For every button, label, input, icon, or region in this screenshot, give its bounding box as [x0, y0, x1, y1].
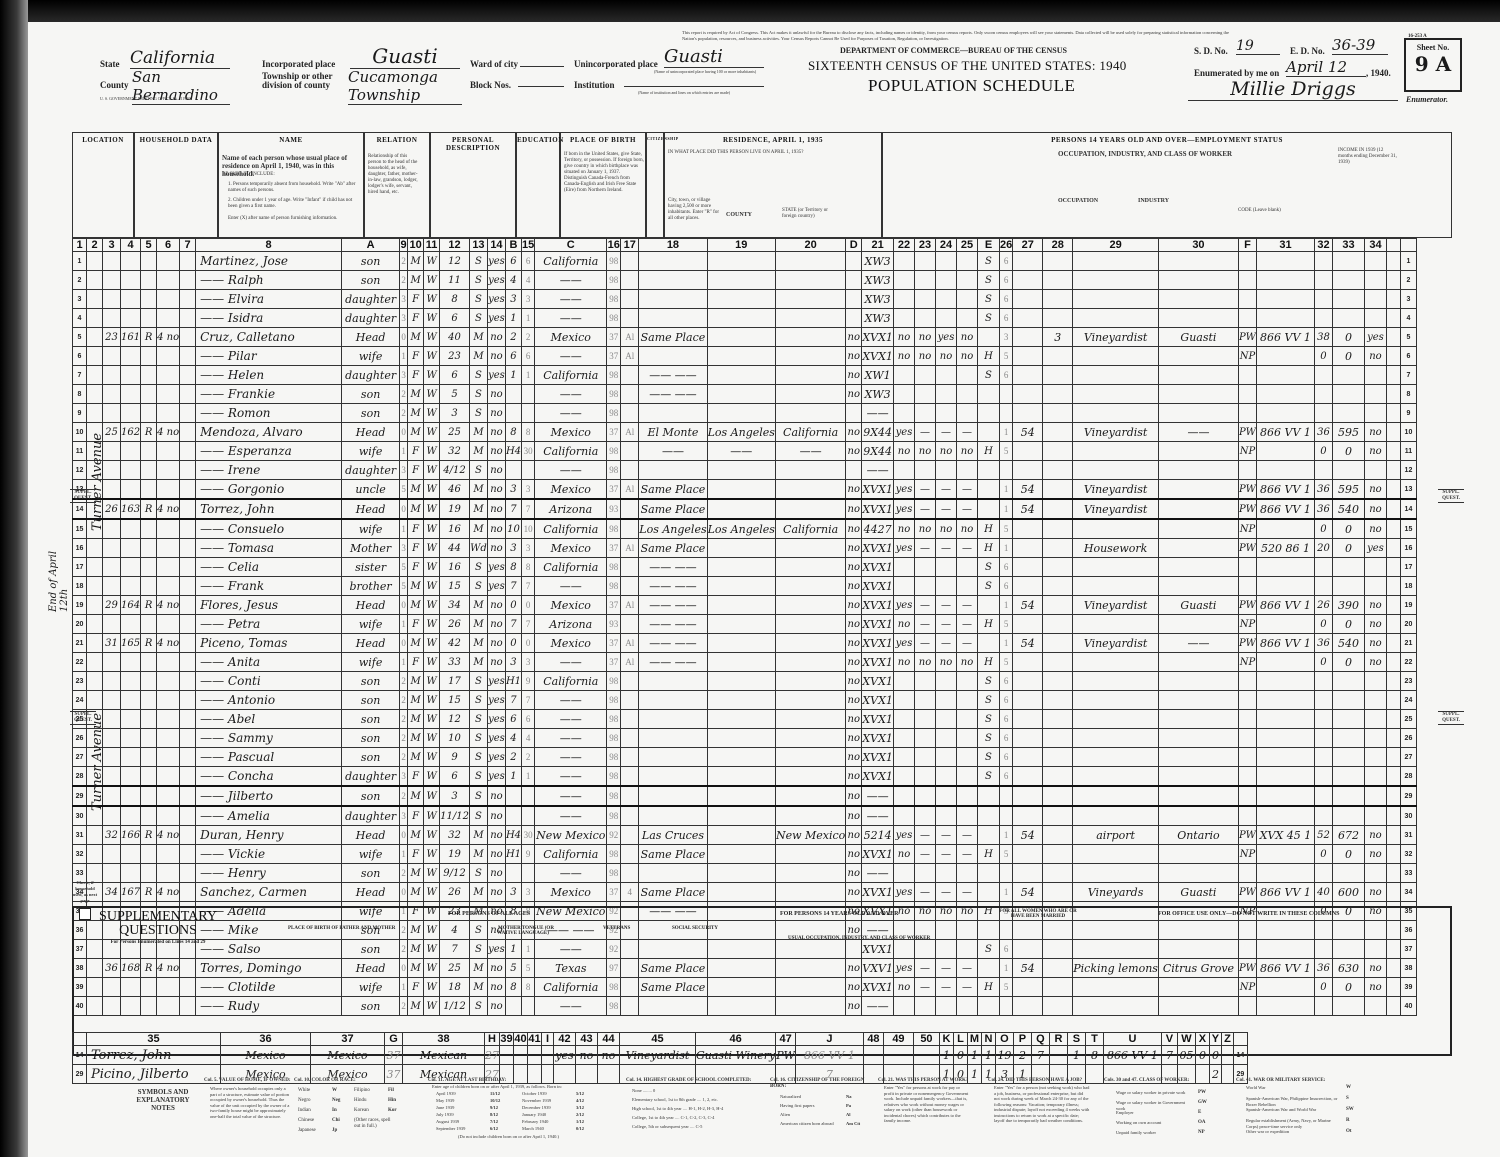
- code-d-cell: XVX1: [862, 558, 894, 577]
- age-cell: 23: [440, 347, 470, 366]
- race-cell: W: [424, 672, 440, 691]
- home-value-cell: 4 no: [157, 883, 180, 902]
- farm-1935-cell: no: [846, 845, 862, 864]
- code-f-cell: [1256, 710, 1314, 729]
- weeks-unemployed-cell: [1043, 290, 1073, 309]
- code-c-cell: 98: [607, 786, 621, 806]
- code-d-cell: XVX1: [862, 767, 894, 787]
- res-state-cell: [775, 864, 845, 883]
- marital-cell: S: [469, 864, 487, 883]
- at-work-cell: yes: [893, 826, 914, 845]
- citizenship-cell: Al: [621, 596, 639, 615]
- weeks-worked-cell: [1314, 806, 1332, 826]
- grade-cell: 6: [505, 347, 521, 366]
- public-work-cell: [914, 806, 935, 826]
- household-number-cell: [121, 539, 141, 558]
- home-value-cell: 4 no: [157, 328, 180, 347]
- sex-cell: M: [408, 634, 424, 653]
- income-cell: [1332, 729, 1364, 748]
- owned-rented-cell: [141, 577, 157, 596]
- street-cell: [87, 596, 103, 615]
- farm-cell: [180, 691, 196, 710]
- column-group-title: RESIDENCE, APRIL 1, 1935: [665, 133, 881, 144]
- confidentiality-notice: This report is required by Act of Congre…: [682, 30, 1242, 42]
- other-income-cell: [1364, 461, 1386, 480]
- owned-rented-cell: [141, 653, 157, 672]
- column-group-title: PERSONAL DESCRIPTION: [431, 133, 515, 152]
- activity-cell: [977, 423, 999, 442]
- marital-cell: M: [469, 883, 487, 902]
- code-b-cell: 6: [522, 252, 535, 271]
- age-fraction: 5/12: [576, 1091, 596, 1097]
- house-number-cell: [103, 615, 121, 634]
- activity-cell: S: [977, 710, 999, 729]
- home-value-cell: [157, 615, 180, 634]
- res-state-cell: [775, 252, 845, 271]
- line-number-right: 25: [1400, 710, 1416, 729]
- income-cell: [1332, 864, 1364, 883]
- age-cell: 16: [440, 558, 470, 577]
- grade-cell: 3: [505, 883, 521, 902]
- industry-cell: Guasti: [1158, 328, 1238, 347]
- code-c-cell: 98: [607, 290, 621, 309]
- code-c-cell: 98: [607, 252, 621, 271]
- supp-column-number: O: [995, 1033, 1013, 1046]
- supp-column-number: 50: [913, 1033, 939, 1046]
- supp-usual_occ-cell: Vineyardist: [620, 1046, 696, 1065]
- line-number-right: 34: [1400, 883, 1416, 902]
- res-state-cell: [775, 653, 845, 672]
- other-income-cell: no: [1364, 634, 1386, 653]
- farm-1935-cell: no: [846, 385, 862, 404]
- race-cell: W: [424, 729, 440, 748]
- class-of-worker-cell: [1238, 672, 1256, 691]
- code-c-cell: 98: [607, 461, 621, 480]
- supp-father-cell: Mexico: [221, 1046, 311, 1065]
- home-value-cell: [157, 290, 180, 309]
- activity-cell: [977, 461, 999, 480]
- code-a-cell: 1: [400, 615, 408, 634]
- seeking-work-cell: no: [935, 347, 956, 366]
- seeking-work-cell: —: [935, 845, 956, 864]
- enumeration-year: , 1940.: [1366, 68, 1391, 78]
- column-number: 31: [1256, 239, 1314, 252]
- grade-code: College, 5th or subsequent year .... C-5: [632, 1124, 762, 1130]
- weeks-unemployed-cell: [1043, 806, 1073, 826]
- owned-rented-cell: [141, 672, 157, 691]
- age-cell: 32: [440, 826, 470, 845]
- weeks-worked-cell: [1314, 710, 1332, 729]
- school-cell: no: [487, 883, 505, 902]
- code-c-cell: 98: [607, 845, 621, 864]
- code-d-cell: XVX1: [862, 499, 894, 519]
- column-number: 25: [956, 239, 977, 252]
- census-row: 26—— Sammyson2MW10Syes44——98noXVX1S626: [73, 729, 1417, 748]
- other-income-cell: [1364, 672, 1386, 691]
- res-city-cell: —— ——: [639, 634, 707, 653]
- birthplace-cell: ——: [535, 806, 607, 826]
- house-number-cell: [103, 271, 121, 290]
- age-month: January 1940: [522, 1112, 572, 1118]
- line-number: 21: [73, 634, 87, 653]
- line-number-right: 7: [1400, 366, 1416, 385]
- had-job-cell: [956, 577, 977, 596]
- citizenship-cell: [621, 366, 639, 385]
- res-county-cell: [707, 366, 775, 385]
- grade-cell: 7: [505, 691, 521, 710]
- income-cell: [1332, 710, 1364, 729]
- line-number: 11: [73, 442, 87, 461]
- citizenship-cell: [621, 845, 639, 864]
- age-cell: 15: [440, 577, 470, 596]
- res-county-cell: [707, 328, 775, 347]
- res-county-cell: [707, 653, 775, 672]
- name-cell: Cruz, Calletano: [196, 328, 342, 347]
- age-cell: 11: [440, 271, 470, 290]
- marital-cell: M: [469, 826, 487, 845]
- relation-cell: daughter: [342, 767, 400, 787]
- supp-c44-cell: [598, 1065, 620, 1084]
- race-cell: W: [424, 767, 440, 787]
- supp-column-number: J: [795, 1033, 863, 1046]
- code-c-cell: 98: [607, 806, 621, 826]
- seeking-work-cell: no: [935, 519, 956, 539]
- code-e-cell: 6: [999, 767, 1012, 787]
- res-city-cell: [639, 252, 707, 271]
- house-number-cell: 34: [103, 883, 121, 902]
- race-cell: W: [424, 404, 440, 423]
- res-city-cell: —— ——: [639, 558, 707, 577]
- code-e-cell: 5: [999, 519, 1012, 539]
- line-number: 12: [73, 461, 87, 480]
- column-number: 15: [522, 239, 535, 252]
- school-cell: no: [487, 423, 505, 442]
- activity-cell: [977, 806, 999, 826]
- school-cell: no: [487, 806, 505, 826]
- census-row: 523161R4 noCruz, CalletanoHead0MW40Mno22…: [73, 328, 1417, 347]
- hours-cell: [1013, 385, 1043, 404]
- col30-title: Cols. 30 and 47. CLASS OF WORKER:: [1104, 1078, 1224, 1084]
- farm-schedule-cell: [1386, 328, 1400, 347]
- supp-usual_class-cell: PW: [776, 1046, 796, 1065]
- weeks-worked-cell: [1314, 461, 1332, 480]
- marital-cell: S: [469, 558, 487, 577]
- name-cell: —— Sammy: [196, 729, 342, 748]
- unincorporated-value: Guasti: [664, 46, 764, 68]
- income-cell: [1332, 767, 1364, 787]
- household-number-cell: [121, 845, 141, 864]
- race-cell: W: [424, 615, 440, 634]
- public-work-cell: [914, 710, 935, 729]
- public-work-cell: [914, 767, 935, 787]
- weeks-unemployed-cell: [1043, 710, 1073, 729]
- res-state-header: STATE (or Territory or foreign country): [782, 208, 834, 220]
- column-group-header: LOCATION: [72, 132, 134, 238]
- race-code: Chi: [332, 1118, 346, 1124]
- public-work-cell: [914, 366, 935, 385]
- occupation-cell: [1073, 672, 1159, 691]
- parents-birth-header: PLACE OF BIRTH OF FATHER AND MOTHER: [288, 926, 468, 931]
- include-infants: 2. Children under 1 year of age. Write "…: [228, 198, 358, 210]
- home-value-cell: [157, 252, 180, 271]
- occupation-cell: [1073, 366, 1159, 385]
- had-job-cell: —: [956, 480, 977, 500]
- public-work-cell: [914, 290, 935, 309]
- line-number-right: 29: [1400, 786, 1416, 806]
- farm-schedule-cell: [1386, 252, 1400, 271]
- farm-cell: [180, 366, 196, 385]
- column-number: 9: [400, 239, 408, 252]
- relation-cell: wife: [342, 845, 400, 864]
- other-income-cell: no: [1364, 615, 1386, 634]
- farm-cell: [180, 596, 196, 615]
- relation-cell: uncle: [342, 480, 400, 500]
- supp-P-cell: 2: [1013, 1046, 1031, 1065]
- activity-cell: H: [977, 347, 999, 366]
- age-month: July 1939: [436, 1112, 486, 1118]
- relation-cell: son: [342, 404, 400, 423]
- line-number-right: 3: [1400, 290, 1416, 309]
- income-cell: [1332, 691, 1364, 710]
- res-city-cell: [639, 309, 707, 328]
- weeks-worked-cell: [1314, 252, 1332, 271]
- code-f-cell: [1256, 748, 1314, 767]
- code-d-cell: XW3: [862, 385, 894, 404]
- race-cell: W: [424, 653, 440, 672]
- birthplace-cell: ——: [535, 309, 607, 328]
- res-state-cell: [775, 347, 845, 366]
- grade-cell: 2: [505, 328, 521, 347]
- block-value: [518, 86, 564, 87]
- code-e-cell: 6: [999, 252, 1012, 271]
- census-row: 29—— Jilbertoson2MW3Sno——98no——29: [73, 786, 1417, 806]
- res-state-cell: [775, 290, 845, 309]
- school-cell: yes: [487, 309, 505, 328]
- citizenship-cell: [621, 864, 639, 883]
- other-income-cell: [1364, 366, 1386, 385]
- hours-cell: [1013, 653, 1043, 672]
- citizenship-cell: [621, 786, 639, 806]
- supp-column-number: [73, 1033, 87, 1046]
- supp-c43-cell: [576, 1065, 598, 1084]
- birthplace-cell: ——: [535, 691, 607, 710]
- column-group-title: CITIZENSHIP: [647, 133, 663, 141]
- line-number-right: 26: [1400, 729, 1416, 748]
- census-row: 18—— Frankbrother5MW15Syes77——98—— ——noX…: [73, 577, 1417, 596]
- code-e-cell: 1: [999, 596, 1012, 615]
- census-row: 9—— Romonson2MW3Sno——98——9: [73, 404, 1417, 423]
- class-code: E: [1198, 1110, 1216, 1116]
- other-income-cell: no: [1364, 826, 1386, 845]
- seeking-work-cell: [935, 366, 956, 385]
- farm-1935-cell: no: [846, 366, 862, 385]
- income-cell: 0: [1332, 653, 1364, 672]
- res-state-cell: [775, 539, 845, 558]
- school-cell: yes: [487, 252, 505, 271]
- code-b-cell: [522, 864, 535, 883]
- weeks-worked-cell: 0: [1314, 653, 1332, 672]
- supp-title: SUPPLEMENTARY QUESTIONS: [78, 910, 238, 938]
- income-cell: 0: [1332, 615, 1364, 634]
- occupation-cell: [1073, 710, 1159, 729]
- column-group-title: EDUCATION: [517, 133, 559, 144]
- code-a-cell: 2: [400, 271, 408, 290]
- column-number: 4: [121, 239, 141, 252]
- age-cell: 33: [440, 653, 470, 672]
- code-a-cell: 2: [400, 710, 408, 729]
- home-value-cell: [157, 845, 180, 864]
- other-income-cell: [1364, 577, 1386, 596]
- farm-schedule-cell: [1386, 883, 1400, 902]
- citizenship-cell: [621, 271, 639, 290]
- citizenship-cell: 4: [621, 883, 639, 902]
- income-cell: 0: [1332, 845, 1364, 864]
- hours-cell: [1013, 309, 1043, 328]
- public-work-cell: —: [914, 826, 935, 845]
- res-county-cell: Los Angeles: [707, 423, 775, 442]
- public-work-cell: [914, 404, 935, 423]
- res-city-cell: [639, 786, 707, 806]
- race-code: Hin: [388, 1098, 402, 1104]
- farm-schedule-cell: [1386, 826, 1400, 845]
- industry-cell: [1158, 519, 1238, 539]
- age-cell: 3: [440, 786, 470, 806]
- supp-Y-cell: 0: [1209, 1046, 1221, 1065]
- occupation-cell: [1073, 442, 1159, 461]
- res-city-cell: Same Place: [639, 539, 707, 558]
- public-work-cell: —: [914, 845, 935, 864]
- weeks-worked-cell: [1314, 290, 1332, 309]
- column-number: 18: [639, 239, 707, 252]
- school-cell: yes: [487, 366, 505, 385]
- grade-cell: 1: [505, 767, 521, 787]
- code-f-cell: [1256, 786, 1314, 806]
- state-label: State: [100, 59, 120, 69]
- code-f-cell: [1256, 691, 1314, 710]
- household-number-cell: [121, 786, 141, 806]
- race-cell: W: [424, 710, 440, 729]
- supp-V-cell: 7: [1161, 1046, 1177, 1065]
- household-number-cell: [121, 577, 141, 596]
- house-number-cell: [103, 347, 121, 366]
- occupation-cell: [1073, 691, 1159, 710]
- industry-cell: [1158, 442, 1238, 461]
- weeks-unemployed-cell: [1043, 539, 1073, 558]
- code-b-cell: 6: [522, 347, 535, 366]
- name-cell: —— Concha: [196, 767, 342, 787]
- sex-cell: F: [408, 845, 424, 864]
- supp-quest-marker-29-right: SUPPL. QUEST.: [1438, 711, 1464, 725]
- column-number: 6: [157, 239, 180, 252]
- income-cell: [1332, 786, 1364, 806]
- supp-line-cell: 29: [73, 1065, 87, 1084]
- sex-cell: M: [408, 826, 424, 845]
- code-d-cell: 4427: [862, 519, 894, 539]
- home-value-cell: [157, 347, 180, 366]
- household-number-cell: 165: [121, 634, 141, 653]
- line-number-right: 23: [1400, 672, 1416, 691]
- res-city-cell: —— ——: [639, 385, 707, 404]
- code-c-cell: 98: [607, 271, 621, 290]
- race-cell: W: [424, 309, 440, 328]
- public-work-cell: [914, 271, 935, 290]
- res-state-cell: [775, 271, 845, 290]
- county-label: County: [100, 80, 129, 90]
- hours-cell: 54: [1013, 423, 1043, 442]
- industry-cell: [1158, 271, 1238, 290]
- weeks-worked-cell: [1314, 271, 1332, 290]
- at-work-cell: [893, 271, 914, 290]
- owned-rented-cell: [141, 480, 157, 500]
- name-cell: —— Celia: [196, 558, 342, 577]
- citizenship-label: Having first papers: [780, 1103, 840, 1109]
- weeks-worked-cell: 0: [1314, 347, 1332, 366]
- household-number-cell: [121, 309, 141, 328]
- relation-cell: daughter: [342, 366, 400, 385]
- grade-cell: 7: [505, 577, 521, 596]
- occupation-cell: Vineyardist: [1073, 480, 1159, 500]
- income-cell: [1332, 271, 1364, 290]
- seeking-work-cell: [935, 577, 956, 596]
- class-code: NP: [1198, 1130, 1216, 1136]
- name-cell: —— Frankie: [196, 385, 342, 404]
- supp-codeG-cell: 37: [385, 1065, 403, 1084]
- farm-schedule-cell: [1386, 729, 1400, 748]
- owned-rented-cell: [141, 558, 157, 577]
- code-b-cell: 0: [522, 596, 535, 615]
- marital-cell: S: [469, 404, 487, 423]
- code-a-cell: 0: [400, 596, 408, 615]
- code-a-cell: 1: [400, 442, 408, 461]
- owned-rented-cell: R: [141, 883, 157, 902]
- grade-cell: 8: [505, 423, 521, 442]
- household-number-cell: [121, 748, 141, 767]
- res-state-cell: [775, 767, 845, 787]
- code-e-cell: 1: [999, 634, 1012, 653]
- home-value-cell: [157, 710, 180, 729]
- had-job-cell: no: [956, 328, 977, 347]
- at-work-cell: yes: [893, 539, 914, 558]
- household-number-cell: [121, 558, 141, 577]
- department-title: DEPARTMENT OF COMMERCE—BUREAU OF THE CEN…: [840, 46, 1067, 55]
- relation-cell: Head: [342, 634, 400, 653]
- income-cell: [1332, 558, 1364, 577]
- supp-M-cell: 1: [967, 1046, 981, 1065]
- line-number-right: 32: [1400, 845, 1416, 864]
- citizenship-code: Pa: [846, 1103, 870, 1109]
- res-state-cell: [775, 883, 845, 902]
- line-number: 7: [73, 366, 87, 385]
- code-a-cell: 0: [400, 634, 408, 653]
- ward-label: Ward of city: [470, 59, 518, 69]
- race-cell: W: [424, 826, 440, 845]
- code-c-cell: 98: [607, 691, 621, 710]
- column-number: A: [342, 239, 400, 252]
- farm-1935-cell: no: [846, 729, 862, 748]
- other-income-cell: no: [1364, 596, 1386, 615]
- farm-schedule-cell: [1386, 615, 1400, 634]
- census-row: 22—— Anitawife1FW33Mno33——37Al—— ——noXVX…: [73, 653, 1417, 672]
- grade-cell: 10: [505, 519, 521, 539]
- line-number-right: 24: [1400, 691, 1416, 710]
- marital-cell: S: [469, 691, 487, 710]
- res-city-cell: —— ——: [639, 653, 707, 672]
- age-cell: 6: [440, 366, 470, 385]
- res-city-cell: [639, 729, 707, 748]
- code-f-cell: [1256, 519, 1314, 539]
- weeks-unemployed-cell: [1043, 558, 1073, 577]
- hours-cell: [1013, 366, 1043, 385]
